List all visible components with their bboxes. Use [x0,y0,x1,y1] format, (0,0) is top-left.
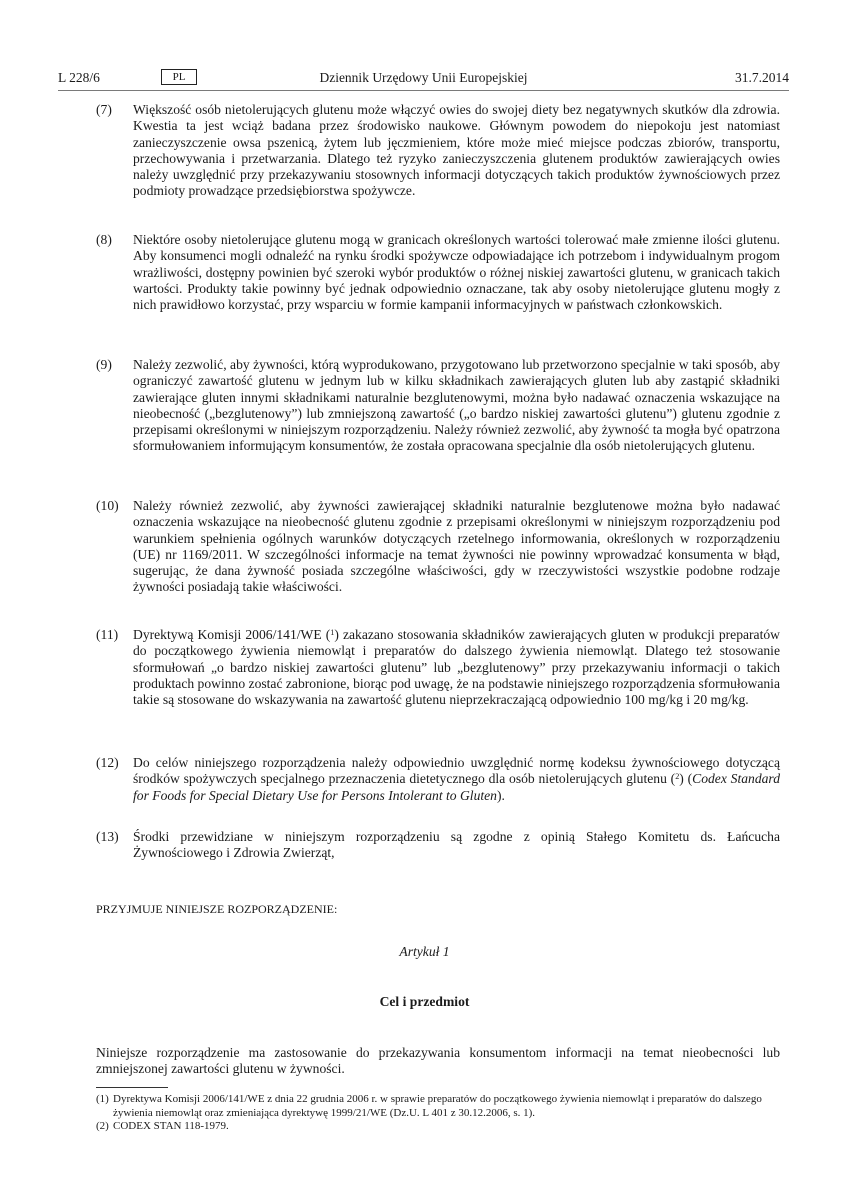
footnote-divider [96,1087,168,1088]
recital-7: (7) Większość osób nietolerujących glute… [96,102,780,200]
footnote-mark: (2) [96,1120,109,1134]
recital-text: Należy również zezwolić, aby żywności za… [133,498,780,596]
recital-text: Należy zezwolić, aby żywności, którą wyp… [133,357,780,455]
footnote-text: Dyrektywa Komisji 2006/141/WE z dnia 22 … [113,1093,780,1120]
recital-11: (11) Dyrektywą Komisji 2006/141/WE (1) z… [96,627,780,708]
recital-9: (9) Należy zezwolić, aby żywności, którą… [96,357,780,455]
recital-number: (10) [96,498,119,514]
recital-text: Środki przewidziane w niniejszym rozporz… [133,829,780,862]
recital-8: (8) Niektóre osoby nietolerujące glutenu… [96,232,780,313]
recital-text: Do celów niniejszego rozporządzenia nale… [133,755,780,804]
footnote-1: (1) Dyrektywa Komisji 2006/141/WE z dnia… [96,1093,780,1120]
recital-12: (12) Do celów niniejszego rozporządzenia… [96,755,780,804]
recital-text: Większość osób nietolerujących glutenu m… [133,102,780,200]
publication-date: 31.7.2014 [735,70,789,86]
article-subtitle: Cel i przedmiot [0,994,849,1010]
recital-number: (13) [96,829,119,845]
article-title: Artykuł 1 [0,944,849,960]
recital-number: (9) [96,357,112,373]
recital-text: Niektóre osoby nietolerujące glutenu mog… [133,232,780,313]
recital-13: (13) Środki przewidziane w niniejszym ro… [96,829,780,862]
footnote-mark: (1) [96,1093,109,1107]
adoption-formula: PRZYJMUJE NINIEJSZE ROZPORZĄDZENIE: [96,902,337,917]
recital-10: (10) Należy również zezwolić, aby żywnoś… [96,498,780,596]
recital-number: (7) [96,102,112,118]
article-body: Niniejsze rozporządzenie ma zastosowanie… [96,1045,780,1078]
footnote-text: CODEX STAN 118-1979. [113,1120,780,1134]
recital-number: (12) [96,755,119,771]
page-header: L 228/6 PL Dziennik Urzędowy Unii Europe… [58,66,789,91]
footnote-2: (2) CODEX STAN 118-1979. [96,1120,780,1134]
journal-title: Dziennik Urzędowy Unii Europejskiej [58,70,789,86]
recital-number: (8) [96,232,112,248]
recital-number: (11) [96,627,118,643]
recital-text: Dyrektywą Komisji 2006/141/WE (1) zakaza… [133,627,780,708]
